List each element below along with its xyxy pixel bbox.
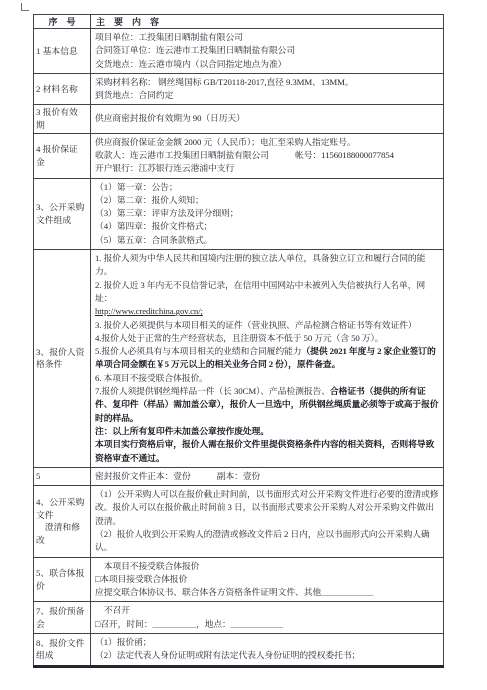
row-content: 供应商报价保证金金额 2000 元（人民币）；电汇至采购人指定账号。收款人：连云… <box>91 133 444 178</box>
row-content: 本项目不接受联合体报价□本项目接受联合体报价应提交联合体协议书、联合体各方资格条… <box>91 557 444 602</box>
row-content: 项目单位：工投集团日晒制盐有限公司合同签订单位：连云港市工投集团日晒制盐有限公司… <box>91 29 444 74</box>
row-label-line: 价 <box>36 580 89 593</box>
content-line: 7.报价人须提供钢丝绳样品一件（长 30CM）、产品检测报告、合格证书（提供的所… <box>95 385 440 425</box>
checkbox-option-line: □本项目接受联合体报价 <box>95 573 440 586</box>
content-line: 交货地点：连云港市境内（以合同指定地点为准） <box>95 58 440 71</box>
content-line: 6. 本项目不接受联合体报价。 <box>95 372 440 385</box>
row-label: 5 <box>34 467 91 485</box>
row-label: 3 报价有效期 <box>34 105 91 133</box>
content-line: 本项目实行资格后审，报价人需在报价文件里提供资格条件内容的相关资料，否则将导致资… <box>95 438 440 465</box>
content-line: 供应商报价保证金金额 2000 元（人民币）；电汇至采购人指定账号。 <box>95 136 440 149</box>
table-row: 3 报价有效期供应商密封报价有效期为 90（日历天） <box>34 105 444 133</box>
content-line: （1）报价函； <box>95 636 440 649</box>
content-line: 5.报价人必须具有与本项目相关的业绩和合同履约能力（提供 2021 年度与 2 … <box>95 345 440 372</box>
content-line: 开户银行：江苏银行连云港浦中支行 <box>95 162 440 175</box>
row-label: 3、公开采购文件组成 <box>34 178 91 249</box>
row-label: 7、报价预备会 <box>34 602 91 634</box>
content-line: 本项目不接受联合体报价 <box>95 560 440 573</box>
table-row: 5、联合体报价 本项目不接受联合体报价□本项目接受联合体报价应提交联合体协议书、… <box>34 557 444 602</box>
row-label-line: 1 基本信息 <box>36 45 89 58</box>
row-content: 密封报价文件正本：壹份 副本：壹份 <box>91 467 444 485</box>
table-body: 1 基本信息项目单位：工投集团日晒制盐有限公司合同签订单位：连云港市工投集团日晒… <box>34 29 444 667</box>
row-label: 4 报价保证金 <box>34 133 91 178</box>
row-label-line: 文件组成 <box>36 214 89 227</box>
row-content: 采购材料名称： 钢丝绳国标 GB/T20118-2017,直径 9.3MM、13… <box>91 73 444 105</box>
row-label-line: 组成 <box>36 649 89 662</box>
content-segment: 5.报价人必须具有与本项目相关的业绩和合同履约能力 <box>95 346 301 356</box>
row-content: 1. 报价人须为中华人民共和国境内注册的独立法人单位，具备独立订立和履行合同的能… <box>91 250 444 468</box>
row-label-line: 文件 <box>36 509 89 522</box>
row-content: （1）第一章：公告；（2）第二章：报价人须知；（3）第三章：评审方法及评分细则；… <box>91 178 444 249</box>
table-row: 8、报价文件组成（1）报价函；（2）法定代表人身份证明或附有法定代表人身份证明的… <box>34 634 444 667</box>
content-line: 合同签订单位：连云港市工投集团日晒制盐有限公司 <box>95 44 440 57</box>
table-row: 1 基本信息项目单位：工投集团日晒制盐有限公司合同签订单位：连云港市工投集团日晒… <box>34 29 444 74</box>
header-main-content: 主 要 内 容 <box>91 15 444 29</box>
table-row: 4、公开采购文件 澄清和修改（1）公开采购人可以在报价截止时间前，以书面形式对公… <box>34 486 444 557</box>
table-header: 序 号 主 要 内 容 <box>34 15 444 29</box>
row-label: 5、联合体报价 <box>34 557 91 602</box>
row-label-line: 格条件 <box>36 358 89 371</box>
content-line: 项目单位：工投集团日晒制盐有限公司 <box>95 31 440 44</box>
row-label-line: 8、报价文件 <box>36 637 89 650</box>
content-line: （2）法定代表人身份证明或附有法定代表人身份证明的授权委托书； <box>95 649 440 662</box>
row-label: 3、报价人资格条件 <box>34 250 91 468</box>
row-label-line: 5 <box>36 470 89 483</box>
content-line: （1）第一章：公告； <box>95 181 440 194</box>
content-line: 到货地点：合同约定 <box>95 89 440 102</box>
row-label-line: 改 <box>36 534 89 547</box>
content-line: 2. 报价人近 3 年内无不良信誉记录，在信用中国网站中未被列入失信被执行人名单… <box>95 279 440 306</box>
row-label-line: 7、报价预备 <box>36 605 89 618</box>
content-line: 应提交联合体协议书、联合体各方资格条件证明文件、其他＿＿＿＿＿＿ <box>95 586 440 599</box>
row-label: 4、公开采购文件 澄清和修改 <box>34 486 91 557</box>
row-label-line: 3 报价有效 <box>36 106 89 119</box>
content-line: 1. 报价人须为中华人民共和国境内注册的独立法人单位，具备独立订立和履行合同的能… <box>95 252 440 279</box>
row-content: （1）报价函；（2）法定代表人身份证明或附有法定代表人身份证明的授权委托书； <box>91 634 444 667</box>
row-label-line: 澄清和修 <box>36 521 89 534</box>
content-line: 采购材料名称： 钢丝绳国标 GB/T20118-2017,直径 9.3MM、13… <box>95 76 440 89</box>
row-label: 2 材料名称 <box>34 73 91 105</box>
table-row: 5密封报价文件正本：壹份 副本：壹份 <box>34 467 444 485</box>
content-line: 供应商密封报价有效期为 90（日历天） <box>95 112 440 125</box>
checkbox-option-line: □召开，时间：＿＿＿＿＿，地点：＿＿＿＿＿＿ <box>95 618 440 631</box>
row-label: 8、报价文件组成 <box>34 634 91 667</box>
content-line: 注：以上所有复印件未加盖公章按作废处理。 <box>95 425 440 438</box>
table-row: 3、报价人资格条件1. 报价人须为中华人民共和国境内注册的独立法人单位，具备独立… <box>34 250 444 468</box>
row-label-line: 会 <box>36 618 89 631</box>
url-link: http://www.creditchina.gov.cn/; <box>95 305 440 318</box>
table-row: 7、报价预备会 不召开□召开，时间：＿＿＿＿＿，地点：＿＿＿＿＿＿ <box>34 602 444 634</box>
row-label: 1 基本信息 <box>34 29 91 74</box>
content-line: 不召开 <box>95 604 440 617</box>
header-seq-no: 序 号 <box>34 15 91 29</box>
header-row: 序 号 主 要 内 容 <box>34 15 444 29</box>
row-label-line: 4 报价保证 <box>36 143 89 156</box>
row-content: （1）公开采购人可以在报价截止时间前，以书面形式对公开采购文件进行必要的澄清或修… <box>91 486 444 557</box>
content-line: 3. 报价人必须提供与本项目相关的证件（营业执照、产品检测合格证书等有效证件） <box>95 319 440 332</box>
content-line: （2）第二章：报价人须知； <box>95 194 440 207</box>
row-content: 不召开□召开，时间：＿＿＿＿＿，地点：＿＿＿＿＿＿ <box>91 602 444 634</box>
content-line: （5）第五章：合同条款格式。 <box>95 234 440 247</box>
content-line: 密封报价文件正本：壹份 副本：壹份 <box>95 470 440 483</box>
table-row: 3、公开采购文件组成（1）第一章：公告；（2）第二章：报价人须知；（3）第三章：… <box>34 178 444 249</box>
content-line: （4）第四章：报价文件格式； <box>95 220 440 233</box>
row-label-line: 金 <box>36 156 89 169</box>
content-line: （2）报价人收到公开采购人的澄清或修改文件后 2 日内，应以书面形式向公开采购人… <box>95 528 440 555</box>
content-line: （3）第三章：评审方法及评分细则； <box>95 207 440 220</box>
row-label-line: 4、公开采购 <box>36 496 89 509</box>
content-line: 4.报价人处于正常的生产经营状态，且注册资本不低于 50 万元（含 50 万）。 <box>95 332 440 345</box>
row-label-line: 3、报价人资 <box>36 346 89 359</box>
row-label-line: 5、联合体报 <box>36 567 89 580</box>
table-row: 4 报价保证金供应商报价保证金金额 2000 元（人民币）；电汇至采购人指定账号… <box>34 133 444 178</box>
procurement-terms-table: 序 号 主 要 内 容 1 基本信息项目单位：工投集团日晒制盐有限公司合同签订单… <box>33 14 444 668</box>
content-line: （1）公开采购人可以在报价截止时间前，以书面形式对公开采购文件进行必要的澄清或修… <box>95 488 440 528</box>
row-label-line: 2 材料名称 <box>36 83 89 96</box>
row-label-line: 3、公开采购 <box>36 201 89 214</box>
content-segment: 7.报价人须提供钢丝绳样品一件（长 30CM）、产品检测报告、 <box>95 386 330 396</box>
row-label-line: 期 <box>36 119 89 132</box>
content-line: 收款人：连云港市工投集团日晒制盐有限公司 帐号：1156018800007785… <box>95 149 440 162</box>
scan-artifact <box>21 3 29 11</box>
table-row: 2 材料名称采购材料名称： 钢丝绳国标 GB/T20118-2017,直径 9.… <box>34 73 444 105</box>
row-content: 供应商密封报价有效期为 90（日历天） <box>91 105 444 133</box>
